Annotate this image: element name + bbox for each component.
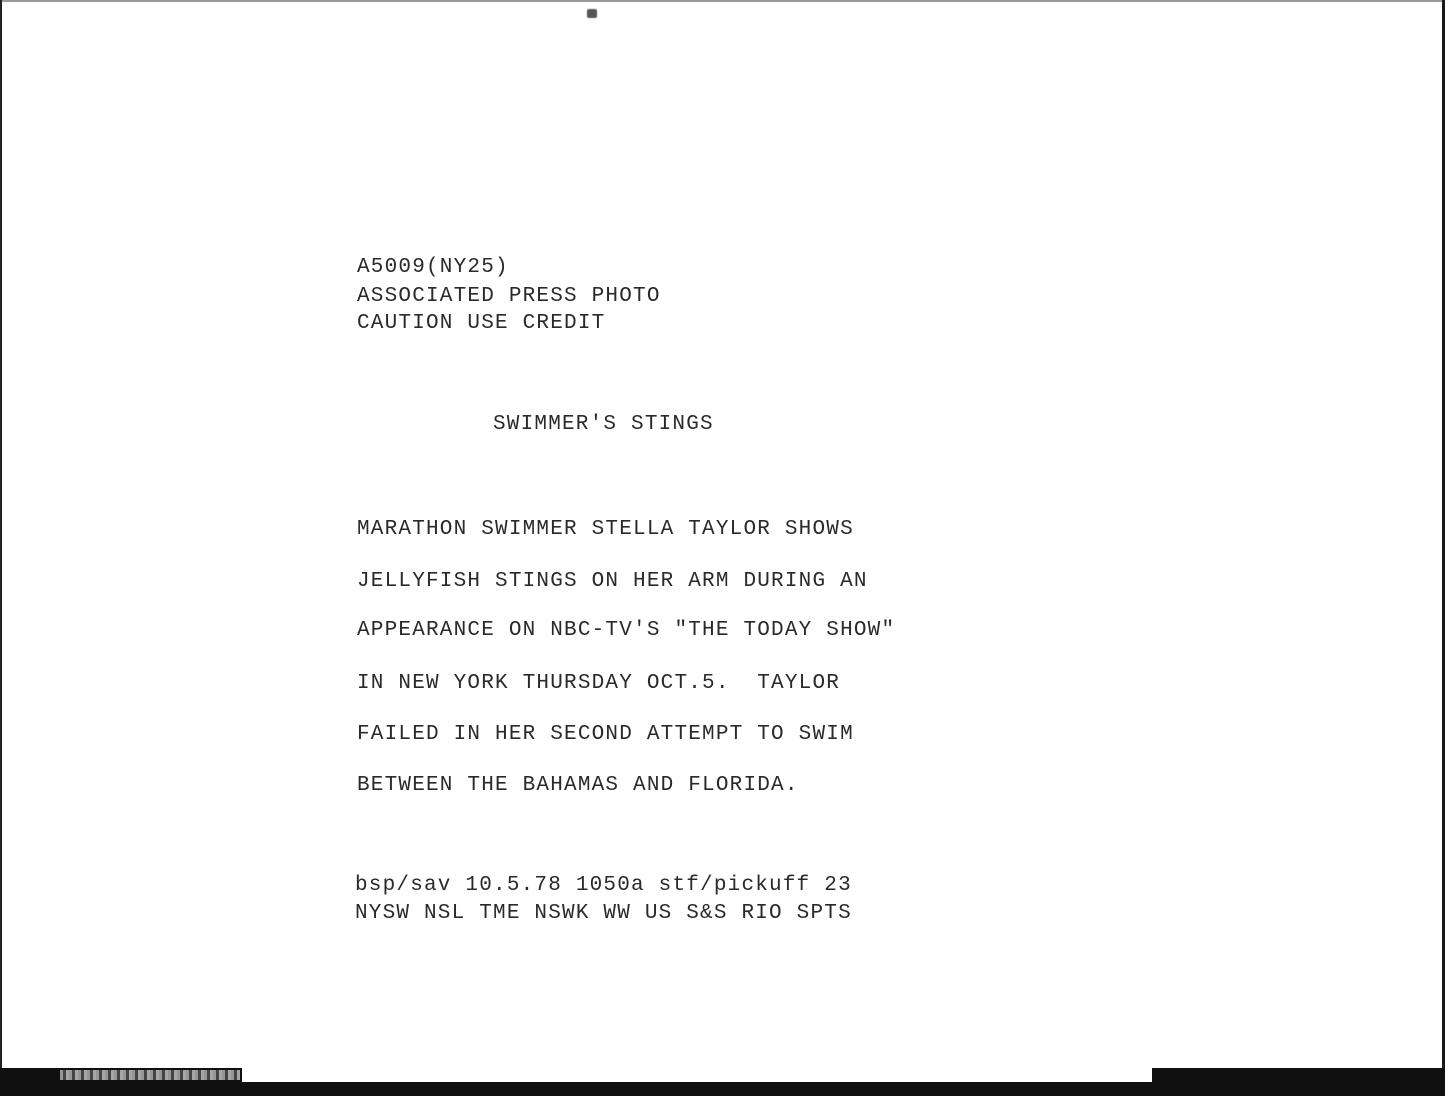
caption-line: FAILED IN HER SECOND ATTEMPT TO SWIM — [357, 723, 854, 746]
ink-smudge-mark — [587, 9, 597, 18]
torn-paper-texture — [60, 1070, 240, 1080]
credit-notice: CAUTION USE CREDIT — [357, 311, 605, 337]
distribution-codes: NYSW NSL TME NSWK WW US S&S RIO SPTS — [355, 902, 852, 925]
transmission-line: bsp/sav 10.5.78 1050a stf/pickuff 23 — [355, 874, 852, 897]
caption-line: APPEARANCE ON NBC-TV'S "THE TODAY SHOW" — [357, 619, 895, 642]
photo-edge-top — [0, 0, 1445, 2]
agency-label: ASSOCIATED PRESS PHOTO — [357, 284, 661, 310]
headline: SWIMMER'S STINGS — [493, 413, 714, 436]
photo-id: A5009(NY25) — [357, 255, 509, 281]
caption-line: BETWEEN THE BAHAMAS AND FLORIDA. — [357, 774, 799, 797]
caption-line: MARATHON SWIMMER STELLA TAYLOR SHOWS — [357, 518, 854, 541]
caption-line: IN NEW YORK THURSDAY OCT.5. TAYLOR — [357, 672, 840, 695]
paper-edge — [242, 1068, 1152, 1082]
photo-edge-left — [0, 0, 2, 1096]
caption-line: JELLYFISH STINGS ON HER ARM DURING AN — [357, 570, 868, 593]
